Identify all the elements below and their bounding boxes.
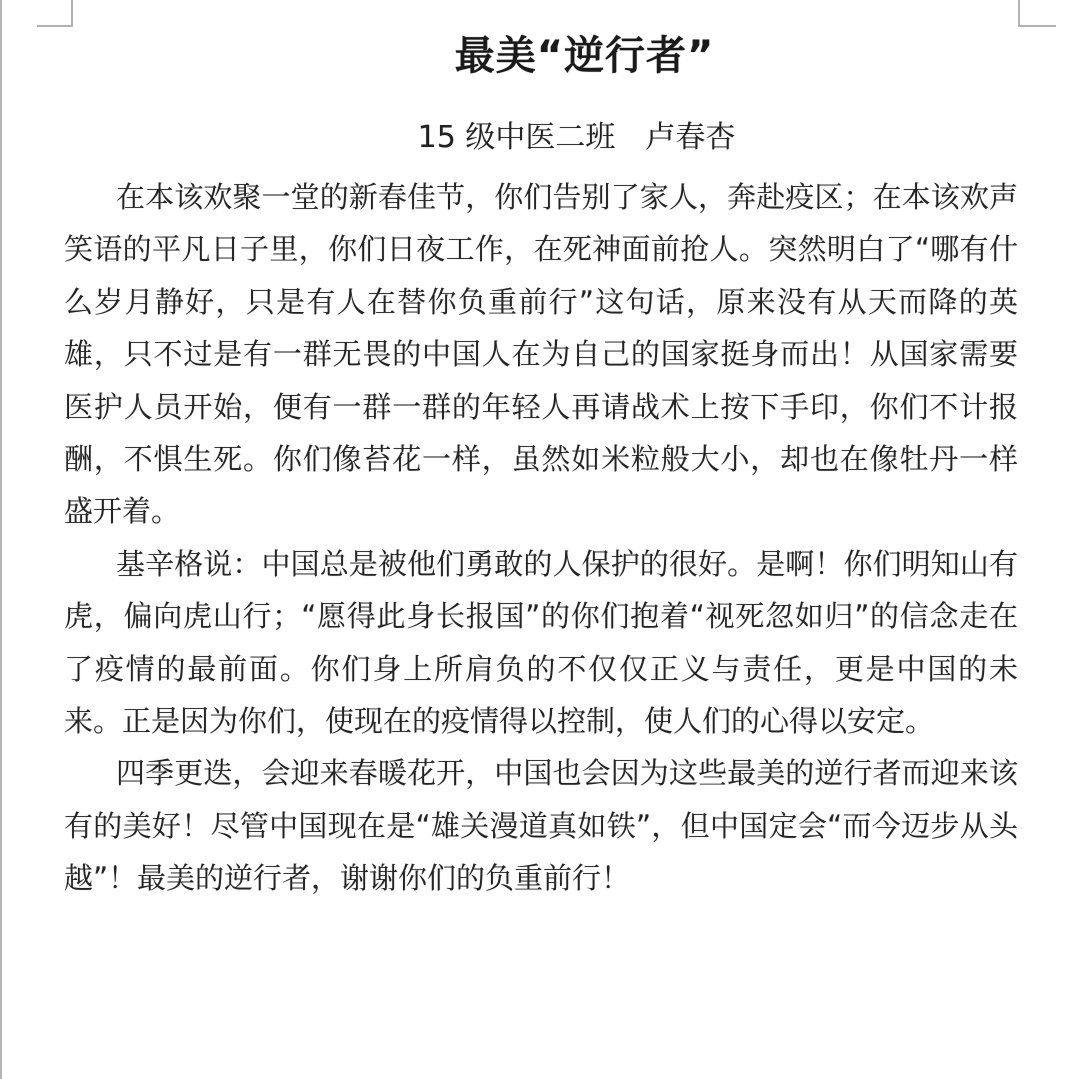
document-title: 最美“逆行者” [45, 30, 1079, 82]
scan-edge-line [0, 0, 2, 1079]
document-page: 最美“逆行者” 15 级中医二班 卢春杏 在本该欢聚一堂的新春佳节，你们告别了家… [0, 0, 1079, 1079]
margin-corner-mark-top-right [1018, 0, 1056, 27]
byline: 15 级中医二班 卢春杏 [37, 118, 1079, 157]
margin-corner-mark-top-left [37, 0, 73, 27]
paragraph-3: 四季更迭，会迎来春暖花开，中国也会因为这些最美的逆行者而迎来该有的美好！尽管中国… [64, 747, 1018, 904]
paragraph-1: 在本该欢聚一堂的新春佳节，你们告别了家人，奔赴疫区；在本该欢声笑语的平凡日子里，… [64, 171, 1018, 538]
essay-body: 在本该欢聚一堂的新春佳节，你们告别了家人，奔赴疫区；在本该欢声笑语的平凡日子里，… [64, 171, 1018, 905]
paragraph-2: 基辛格说：中国总是被他们勇敢的人保护的很好。是啊！你们明知山有虎，偏向虎山行；“… [64, 538, 1018, 748]
